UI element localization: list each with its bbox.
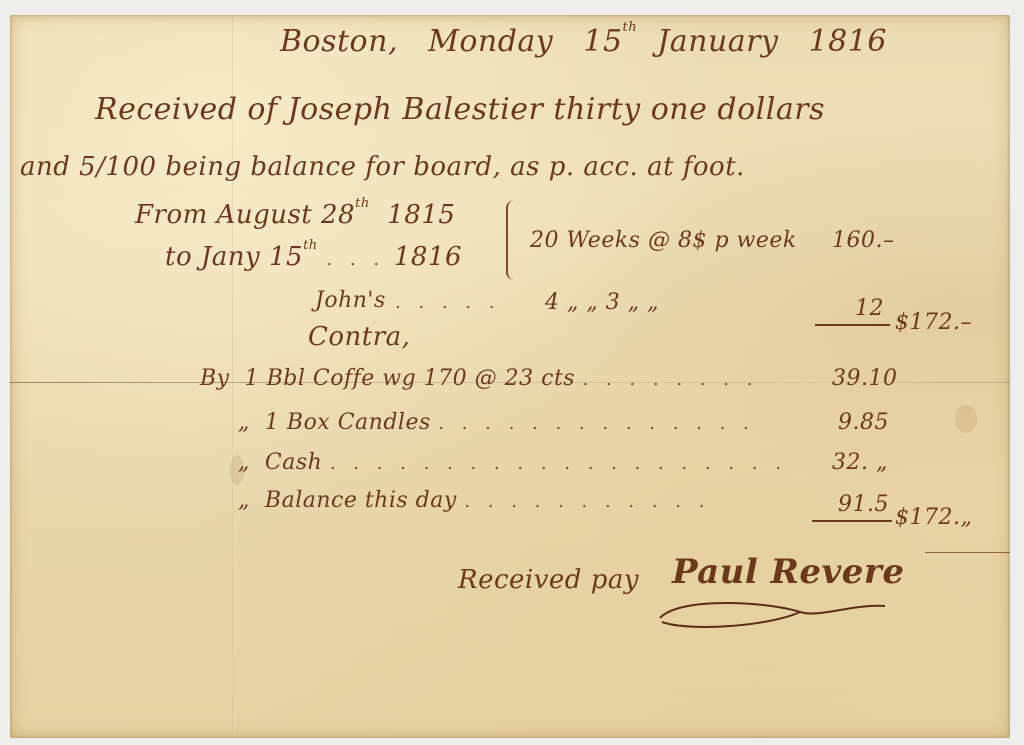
contra-item-amount: 32. „ xyxy=(832,450,888,475)
period-to-suffix: th xyxy=(303,238,318,253)
contra-item-label: Balance this day xyxy=(265,488,457,513)
period-to-label: to Jany 15 xyxy=(165,242,303,272)
contra-item-label: Cash xyxy=(265,450,322,475)
signature-name: Paul Revere xyxy=(672,552,904,592)
weeks-text: 20 Weeks @ 8$ p week xyxy=(530,228,797,253)
contra-item-amount: 39.10 xyxy=(832,366,897,391)
johns-label: John's xyxy=(315,288,386,313)
contra-item-label: 1 Box Candles xyxy=(265,410,431,435)
heading-date-day: 15 xyxy=(583,24,622,59)
heading-place: Boston xyxy=(280,24,388,59)
heading-date-suffix: th xyxy=(623,20,638,35)
contra-item-label: 1 Bbl Coffe wg 170 @ 23 cts xyxy=(245,366,575,391)
signature-prefix: Received pay xyxy=(458,565,639,595)
heading-month: January xyxy=(657,24,778,59)
contra-item-amount: 9.85 xyxy=(838,410,889,435)
subtotal-rule xyxy=(815,324,890,326)
brace-mark xyxy=(506,200,524,280)
period-from-suffix: th xyxy=(355,196,370,211)
contra-item-prefix: „ xyxy=(238,450,250,475)
contra-item: „ 1 Box Candles . . . . . . . . . . . . … xyxy=(238,410,755,435)
heading-year: 1816 xyxy=(809,24,887,59)
period-from-year: 1815 xyxy=(387,200,455,230)
heading-day: Monday xyxy=(428,24,553,59)
johns-amount: 12 xyxy=(855,296,884,321)
closing-rule xyxy=(925,552,1010,553)
contra-item-prefix: „ xyxy=(238,488,250,513)
weeks-amount: 160.– xyxy=(832,228,894,253)
contra-item: By 1 Bbl Coffe wg 170 @ 23 cts . . . . .… xyxy=(200,366,758,391)
leader-dots: . . . . . xyxy=(395,292,501,313)
period-to: to Jany 15th . . . 1816 xyxy=(165,242,462,272)
heading-line: Boston, Monday 15th January 1816 xyxy=(280,24,887,59)
contra-item: „ Balance this day . . . . . . . . . . . xyxy=(238,488,710,513)
subtotal-rule xyxy=(812,520,892,522)
period-from-label: From August 28 xyxy=(135,200,355,230)
total-debit: $172.– xyxy=(895,310,972,335)
johns-calc: 4 „ „ 3 „ „ xyxy=(545,290,659,315)
contra-label: Contra, xyxy=(308,322,410,352)
period-to-year: 1816 xyxy=(394,242,462,272)
period-from: From August 28th 1815 xyxy=(135,200,455,230)
contra-item-prefix: By xyxy=(200,366,230,391)
contra-item: „ Cash . . . . . . . . . . . . . . . . .… xyxy=(238,450,787,475)
body-line-1: Received of Joseph Balestier thirty one … xyxy=(95,92,825,127)
contra-item-amount: 91.5 xyxy=(838,492,889,517)
signature-flourish xyxy=(650,596,890,630)
body-line-2: and 5/100 being balance for board, as p.… xyxy=(20,152,745,182)
paper-stain xyxy=(955,405,977,433)
total-credit: $172.„ xyxy=(895,505,972,530)
contra-item-prefix: „ xyxy=(238,410,250,435)
